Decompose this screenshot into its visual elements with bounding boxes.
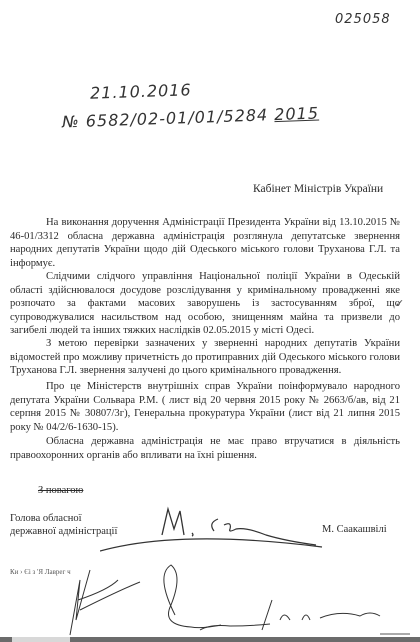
outgoing-number: № 6582/02-01/01/5284 2015 (62, 104, 320, 132)
paragraph-text: Про це Міністерств внутрішніх справ Укра… (10, 380, 400, 434)
scan-bar-segment (12, 637, 70, 642)
paragraph-text: Слідчими слідчого управління Національно… (10, 270, 400, 338)
checkmark-icon: ✓ (395, 297, 404, 310)
paragraph-5: Обласна державна адміністрація не має пр… (10, 435, 400, 462)
paragraph-3: З метою перевірки зазначених у зверненні… (10, 337, 400, 378)
handwritten-date: 21.10.2016 (90, 80, 192, 103)
paragraph-1: На виконання доручення Адміністрації Пре… (10, 216, 400, 270)
paragraph-4: Про це Міністерств внутрішніх справ Укра… (10, 380, 400, 434)
scan-bottom-bar (0, 637, 420, 642)
registration-number: 025058 (335, 12, 391, 27)
outgoing-number-text: № 6582/02-01/01/5284 (62, 105, 269, 131)
paragraph-2: Слідчими слідчого управління Національно… (10, 270, 400, 338)
closing: З повагою (38, 485, 83, 496)
paragraph-text: З метою перевірки зазначених у зверненні… (10, 337, 400, 378)
paragraph-text: На виконання доручення Адміністрації Пре… (10, 216, 400, 270)
paragraph-text: Обласна державна адміністрація не має пр… (10, 435, 400, 462)
outgoing-year: 2015 (274, 104, 319, 125)
signatory-name: М. Саакашвілі (322, 524, 387, 535)
signature-icon (100, 505, 330, 555)
handwritten-signatures-icon (40, 560, 420, 638)
addressee: Кабінет Міністрів України (253, 183, 383, 195)
